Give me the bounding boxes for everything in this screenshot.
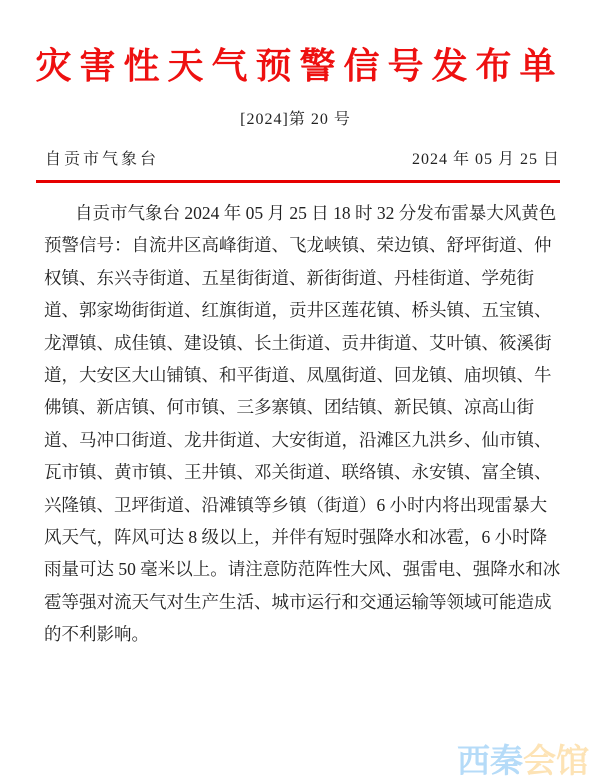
body-paragraph: 自贡市气象台 2024 年 05 月 25 日 18 时 32 分发布雷暴大风黄… [44,197,561,651]
watermark-text-xiqin: 西秦 [457,741,523,779]
body-line: 道，大安区大山铺镇、和平街道、凤凰街道、回龙镇、庙坝镇、牛 [44,359,561,391]
body-line: 权镇、东兴寺街道、五星街街道、新街街道、丹桂街道、学苑街 [44,262,561,294]
issue-date: 2024 年 05 月 25 日 [412,146,560,169]
body-line: 自贡市气象台 2024 年 05 月 25 日 18 时 32 分发布雷暴大风黄… [44,197,561,229]
body-line: 雹等强对流天气对生产生活、城市运行和交通运输等领域可能造成 [44,586,561,618]
body-line: 瓦市镇、黄市镇、王井镇、邓关街道、联络镇、永安镇、富全镇、 [44,456,561,488]
body-line: 道、郭家坳街街道、红旗街道，贡井区莲花镇、桥头镇、五宝镇、 [44,294,561,326]
body-line: 兴隆镇、卫坪街道、沿滩镇等乡镇（街道）6 小时内将出现雷暴大 [44,489,561,521]
red-divider [36,180,560,183]
watermark-text-huiguan: 会馆 [523,741,589,779]
body-line: 道、马冲口街道、龙井街道、大安街道，沿滩区九洪乡、仙市镇、 [44,424,561,456]
watermark: 西秦会馆 [457,744,589,777]
body-line: 雨量可达 50 毫米以上。请注意防范阵性大风、强雷电、强降水和冰 [44,553,561,585]
document-title: 灾害性天气预警信号发布单 [0,38,591,89]
issue-number: [2024]第 20 号 [0,106,591,129]
agency-name: 自贡市气象台 [45,146,159,169]
body-line: 预警信号：自流井区高峰街道、飞龙峡镇、荣边镇、舒坪街道、仲 [44,229,561,261]
body-line: 龙潭镇、成佳镇、建设镇、长土街道、贡井街道、艾叶镇、筱溪街 [44,327,561,359]
body-line: 的不利影响。 [44,618,561,650]
body-line: 风天气，阵风可达 8 级以上，并伴有短时强降水和冰雹，6 小时降 [44,521,561,553]
warning-document-page: 灾害性天气预警信号发布单 [2024]第 20 号 自贡市气象台 2024 年 … [0,0,591,779]
body-line: 佛镇、新店镇、何市镇、三多寨镇、团结镇、新民镇、凉高山街 [44,391,561,423]
meta-row: 自贡市气象台 2024 年 05 月 25 日 [45,146,560,169]
